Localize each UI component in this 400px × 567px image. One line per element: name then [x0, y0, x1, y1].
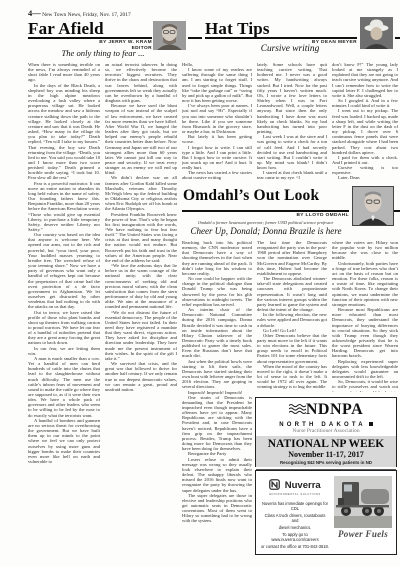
lloyd-omdahl-photo [352, 186, 394, 226]
page-header: 4— New Town News, Friday, Nov. 17, 2017 [28, 8, 131, 18]
far-afield-section-title: Far Afield [28, 19, 104, 39]
far-afield-article-title: The only thing to fear ... [28, 48, 178, 58]
ndnpa-org-name: Nurse Practitioner Association [256, 428, 396, 434]
omdahl-column-3: where the voters are. Hilary won the pop… [332, 240, 398, 392]
omdahl-column-2: The last time the Democrats reorganized … [257, 240, 327, 392]
omdahl-byline: BY LLOYD OMDAHL [249, 213, 349, 219]
ndnpa-acronym: NDNPA [306, 401, 363, 418]
omdahl-credit-line: Omdahl a former lieutenant governor; for… [182, 220, 349, 225]
omdahl-section-title: Omdahl’s Out Look [183, 187, 319, 205]
far-afield-column-2: an actual terrorist takeover. In doing s… [105, 62, 177, 527]
omdahl-column-1: Reaching back into his political memory,… [182, 240, 252, 554]
nuverra-wordmark: Nuverra [285, 480, 321, 491]
hat-tips-section-title: Hat Tips [205, 19, 270, 39]
ndnpa-headline: NATIONAL NP WEEK [256, 438, 396, 450]
ndnpa-banner: NATIONAL NP WEEK November 11-17, 2017 Re… [256, 436, 396, 467]
jerry-kram-photo [153, 21, 186, 50]
nuverra-ad-copy: Nuverra has immediate openings for CDLCl… [261, 501, 329, 549]
hat-tips-column-2: lately. Some schools have quit teaching … [257, 62, 327, 184]
nuverra-tagline: ENVIRONMENTAL SOLUTIONS [261, 493, 329, 496]
ndnpa-recognition: Recognizing 842 NPs serving patients in … [256, 460, 396, 465]
far-afield-rule-end [188, 37, 202, 39]
publication-dateline: New Town News, Friday, Nov. 17, 2017 [41, 12, 131, 18]
omdahl-article-title: Cheer Up, Donald; Donna Brazile is here [182, 226, 350, 236]
ndnpa-ad: NDNPA NORTH DAKOTA Nurse Practitioner As… [255, 397, 397, 467]
nuverra-logo-icon [269, 479, 280, 490]
page-number: 4— [28, 8, 41, 18]
hat-tips-article-title: Cursive writing [205, 44, 375, 54]
nuverra-left-panel: Nuverra ENVIRONMENTAL SOLUTIONS Nuverra … [261, 475, 329, 551]
power-fuels-logo: Power Fuels [334, 529, 392, 539]
hat-tips-column-1: Hello,I know some of my readers are suff… [182, 62, 252, 184]
far-afield-column-1: When there is something terrible on the … [28, 62, 100, 554]
omdahl-rule-end [394, 210, 400, 212]
ndnpa-waves-icon [289, 403, 306, 415]
hat-tips-rule-end [395, 37, 400, 39]
truck-photo [334, 476, 392, 528]
ndnpa-square-mark [369, 422, 373, 426]
ndnpa-dates: November 11-17, 2017 [256, 450, 396, 459]
newspaper-page: { "page_header": { "page_number": "4—", … [0, 0, 400, 567]
hat-tips-column-3: don’t know F!” The young lady looked at … [332, 62, 398, 184]
nuverra-ad: Nuverra ENVIRONMENTAL SOLUTIONS Nuverra … [255, 470, 397, 555]
